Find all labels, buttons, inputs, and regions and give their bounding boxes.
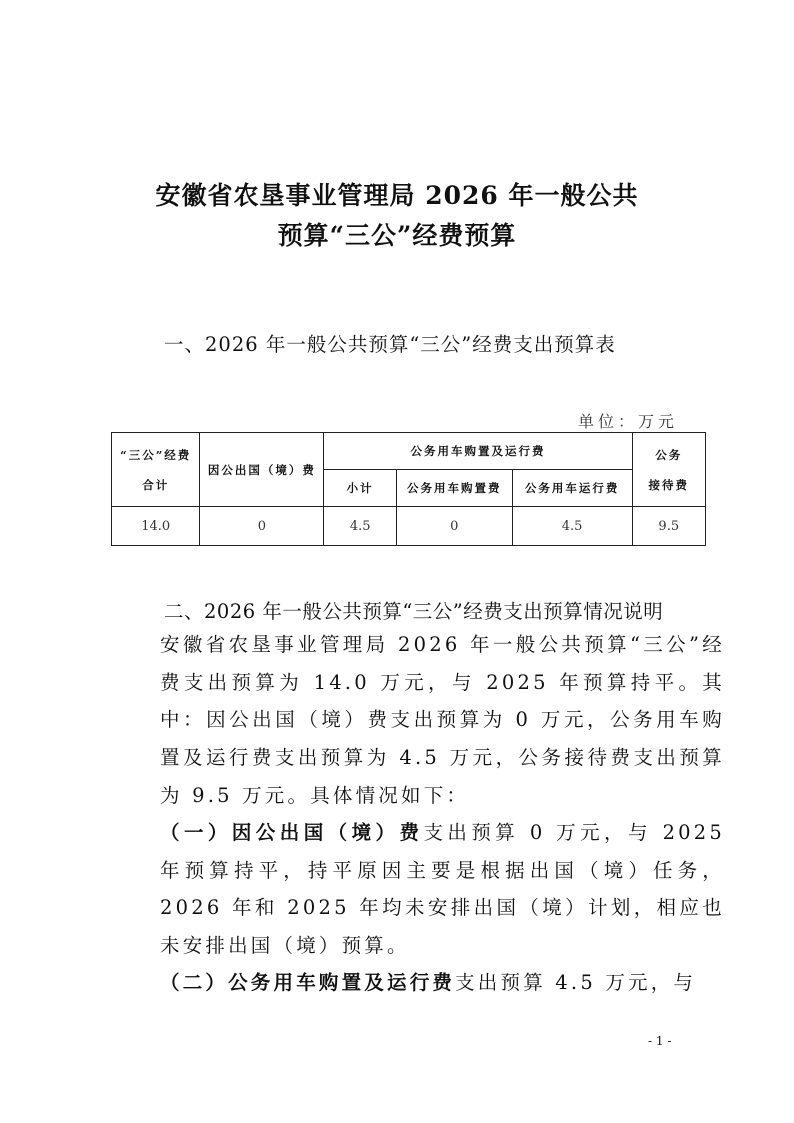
header-reception-line1: 公务	[633, 447, 705, 463]
item2-text: 支出预算 4.5 万元，与	[455, 971, 696, 994]
cell-abroad: 0	[200, 507, 324, 546]
page-number: - 1 -	[648, 1034, 671, 1048]
header-reception-line2: 接待费	[633, 477, 705, 493]
summary-paragraph: 安徽省农垦事业管理局 2026 年一般公共预算“三公”经费支出预算为 14.0 …	[118, 626, 725, 815]
budget-table: “三公”经费 合计 因公出国（境）费 公务用车购置及运行费 公务 接待费 小计 …	[111, 432, 706, 546]
item2-heading: （二）公务用车购置及运行费	[160, 971, 455, 994]
header-total-line2: 合计	[112, 477, 199, 493]
cell-vehicle-subtotal: 4.5	[324, 507, 396, 546]
cell-vehicle-operation: 4.5	[512, 507, 632, 546]
document-title-line1: 安徽省农垦事业管理局 2026 年一般公共	[0, 176, 794, 212]
header-total: “三公”经费 合计	[112, 433, 200, 507]
header-vehicle-group: 公务用车购置及运行费	[324, 433, 632, 470]
header-abroad: 因公出国（境）费	[200, 433, 324, 507]
header-reception: 公务 接待费	[632, 433, 705, 507]
item2-paragraph: （二）公务用车购置及运行费支出预算 4.5 万元，与	[118, 964, 725, 1002]
item1-heading: （一）因公出国（境）费	[160, 821, 423, 844]
table-row: 14.0 0 4.5 0 4.5 9.5	[112, 507, 706, 546]
header-vehicle-operation: 公务用车运行费	[512, 470, 632, 507]
cell-vehicle-purchase: 0	[396, 507, 512, 546]
cell-reception: 9.5	[632, 507, 705, 546]
document-title-line2: 预算“三公”经费预算	[0, 216, 794, 252]
header-vehicle-subtotal: 小计	[324, 470, 396, 507]
unit-label: 单位：万元	[578, 409, 678, 432]
header-total-line1: “三公”经费	[112, 447, 199, 463]
item1-paragraph: （一）因公出国（境）费支出预算 0 万元，与 2025 年预算持平，持平原因主要…	[118, 814, 725, 965]
section2-heading: 二、2026 年一般公共预算“三公”经费支出预算情况说明	[164, 596, 663, 624]
header-vehicle-purchase: 公务用车购置费	[396, 470, 512, 507]
cell-total: 14.0	[112, 507, 200, 546]
section1-heading: 一、2026 年一般公共预算“三公”经费支出预算表	[164, 329, 616, 357]
